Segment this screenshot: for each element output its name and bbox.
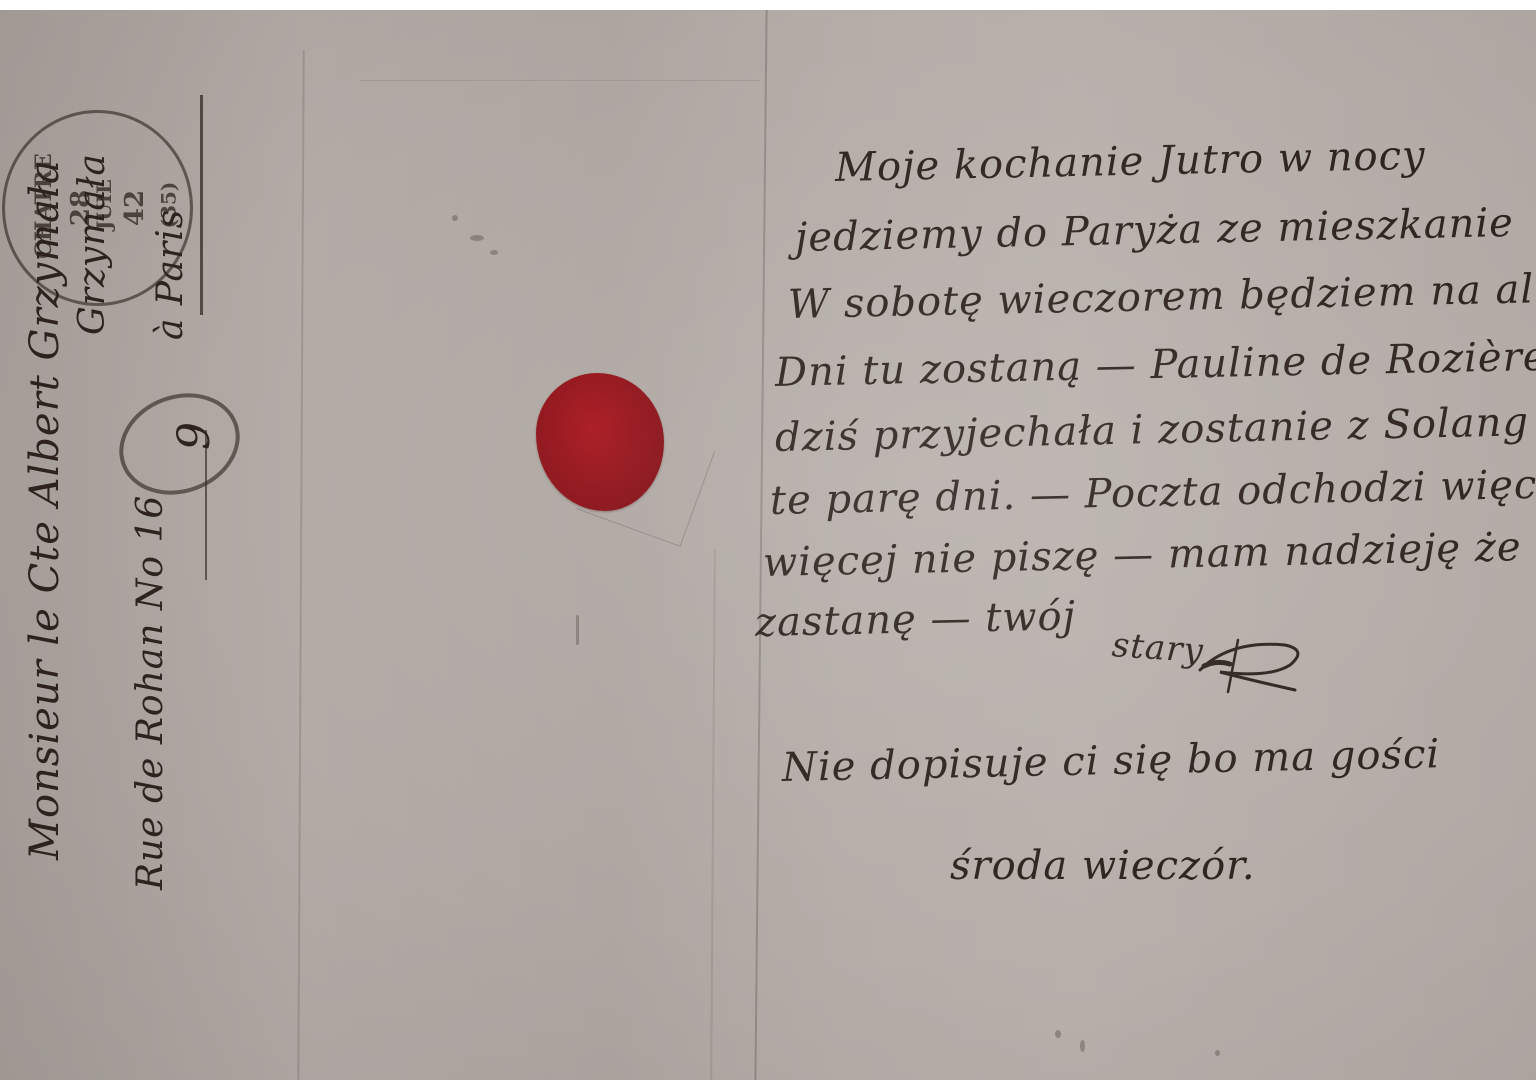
ink-smudge <box>1215 1050 1220 1056</box>
ink-smudge <box>490 250 498 255</box>
letter-dateline: środa wieczór. <box>950 843 1256 889</box>
ink-smudge <box>470 235 484 241</box>
postmark-year: 42 <box>120 190 150 226</box>
letter-line: te parę dni. — Poczta odchodzi więc <box>770 462 1536 524</box>
paper-fold-line <box>710 550 716 1080</box>
address-rule <box>200 95 203 315</box>
letter-postscript: Nie dopisuje ci się bo ma gości <box>782 731 1441 791</box>
ink-smudge <box>1055 1030 1061 1038</box>
tax-mark: 9 <box>169 421 220 450</box>
letter-line: Moje kochanie Jutro w nocy <box>835 133 1427 191</box>
address-underline <box>205 430 207 580</box>
letter-line: dziś przyjechała i zostanie z Solang <box>775 399 1530 461</box>
address-line-recipient: Monsieur le Cte Albert Grzymała <box>22 159 68 860</box>
paper-fold-line <box>297 50 304 1080</box>
ink-smudge <box>452 215 458 221</box>
letter-line: więcej nie piszę — mam nadzieję że cię <box>763 523 1536 586</box>
letter-line: Dni tu zostaną — Pauline de Rozière <box>775 334 1536 396</box>
postmark-overwrite: Grzymała <box>72 153 113 335</box>
letter-line: jedziemy do Paryża ze mieszkanie <box>795 200 1515 261</box>
letter-photograph: CHATRE 28 JUIL 42 (35) Grzymała 9 Monsie… <box>0 10 1536 1080</box>
letter-line: zastanę — twój <box>755 593 1077 646</box>
paper-fold-line <box>360 80 760 81</box>
letter-line: W sobotę wieczorem będziem na al <box>788 266 1535 328</box>
ink-smudge <box>1080 1040 1085 1052</box>
ink-mark <box>576 615 579 645</box>
red-wax-seal <box>536 373 664 511</box>
signature-flourish: F.C. <box>1190 630 1310 700</box>
address-line-city: à Paris <box>150 209 191 340</box>
address-line-street: Rue de Rohan No 16 <box>130 495 171 890</box>
